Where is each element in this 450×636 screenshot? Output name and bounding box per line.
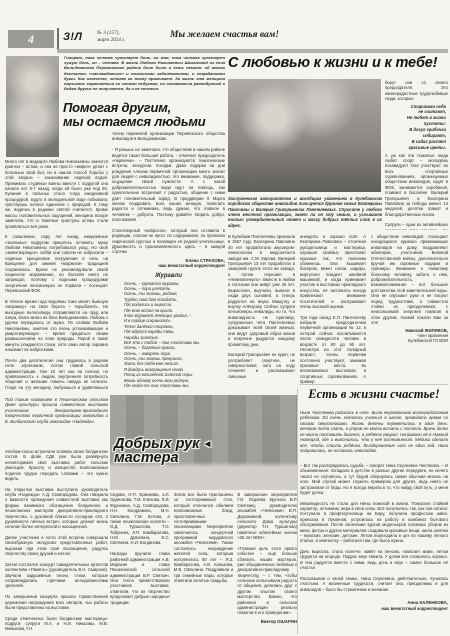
article-love-column-3: с обществом инвалидов: посещают находящи… bbox=[371, 234, 448, 391]
article-helping-author-role: наш внештатный корреспондент bbox=[112, 263, 225, 268]
article-masters-column-3: Затем все были приглашены за гостеприимн… bbox=[174, 492, 234, 634]
newspaper-page: 4 З!Л № 3 (157), март 2024 г. Мы желаем … bbox=[0, 0, 450, 636]
article-love-column-1: В Кулебаки Пантелеевы приехали в 1967 го… bbox=[228, 234, 295, 391]
photo-couple bbox=[228, 79, 381, 192]
article-masters-title: Добрых рук◄ мастера bbox=[114, 437, 212, 465]
section-divider-vertical bbox=[297, 388, 298, 634]
section-divider-horizontal bbox=[299, 384, 448, 385]
article-love-byline-role: член правления Кулебакской ГО ВОИ bbox=[371, 333, 448, 343]
newspaper-logo: З!Л bbox=[63, 31, 82, 43]
article-love-side-intro: берут они со своего председателя. Это жи… bbox=[385, 80, 448, 102]
article-helping-title: Помогая другим, мы остаемся людьми bbox=[63, 101, 226, 128]
article-helping-lede: Говорят, пока человек чувствует боль, он… bbox=[64, 55, 225, 99]
issue-number: № 3 (157), bbox=[97, 30, 125, 37]
photo-couple-caption: Заслуженным авторитетом и всеобщим уваже… bbox=[228, 196, 382, 231]
article-love-columns: В Кулебаки Пантелеевы приехали в 1967 го… bbox=[228, 234, 448, 391]
arrow-left-icon: ◄ bbox=[203, 440, 213, 450]
article-happiness-byline: Анна КАЛЕНКОВА, наш внештатный корреспон… bbox=[300, 600, 448, 611]
article-masters-title-line2: мастера bbox=[114, 451, 212, 465]
article-masters-column-1: Хлебом-солью встречали хозяева своих бол… bbox=[5, 449, 108, 634]
article-helping-title-line1: Помогая другим, bbox=[63, 101, 226, 115]
article-happiness-byline-role: наш внештатный корреспондент bbox=[300, 606, 448, 611]
masthead-divider bbox=[57, 28, 59, 49]
newspaper-motto: Мы желаем счастья вам! bbox=[170, 30, 279, 40]
article-helping-title-line2: мы остаемся людьми bbox=[63, 115, 226, 129]
article-happiness-lede: Нина Чистякова родилась в селе. Была неу… bbox=[300, 410, 448, 461]
article-masters-byline: Виктор ОШАРИН bbox=[237, 619, 297, 624]
poem-title: Журавли bbox=[112, 273, 225, 279]
article-helping-column-2: телем первичной организации Перевозского… bbox=[112, 131, 225, 392]
article-masters-intro: Под таким названием в Пешеланском сельск… bbox=[5, 397, 108, 446]
photo-woman-portrait bbox=[6, 56, 59, 157]
article-love-column-3-text: с обществом инвалидов: посещают находящи… bbox=[371, 234, 448, 325]
header-rule bbox=[57, 49, 448, 53]
article-love-side-body: А уж как эти пожилые люди любят спорт – … bbox=[385, 153, 448, 231]
issue-date: март 2024 г. bbox=[97, 37, 125, 44]
article-love-column-2: анекдоты и хорошо поёт. А Екатерина Павл… bbox=[300, 234, 366, 391]
article-love-side-poem: Стариками себя не считают, Не любят в жи… bbox=[385, 104, 448, 151]
article-masters-column-2: Сидова, Н.П. Ермакова, а.Л. Одинокова, Т… bbox=[110, 492, 170, 634]
poem-text: Осень, – кружатся журавли, Осень, – пора… bbox=[112, 281, 225, 389]
article-helping-column-1: Много лет в медкарте Любови Николаевны з… bbox=[5, 159, 108, 391]
issue-info: № 3 (157), март 2024 г. bbox=[97, 30, 125, 44]
article-happiness-title: Есть в жизни счастье! bbox=[300, 388, 448, 401]
article-helping-column-2-text: телем первичной организации Перевозского… bbox=[112, 131, 225, 255]
article-masters-column-4-text: В завершение мероприятия Г.И. Ледяева вр… bbox=[237, 492, 297, 616]
article-happiness-body: – Вот так распорядилась судьба, – говори… bbox=[300, 463, 448, 599]
article-love-title: С любовью к жизни и к тебе! bbox=[228, 56, 450, 71]
page-number-badge: 4 bbox=[8, 30, 54, 48]
article-love-side-column: берут они со своего председателя. Это жи… bbox=[385, 80, 448, 230]
article-masters-column-4: В завершение мероприятия Г.И. Ледяева вр… bbox=[237, 492, 297, 634]
article-masters-columns: Сидова, Н.П. Ермакова, а.Л. Одинокова, Т… bbox=[110, 492, 297, 634]
